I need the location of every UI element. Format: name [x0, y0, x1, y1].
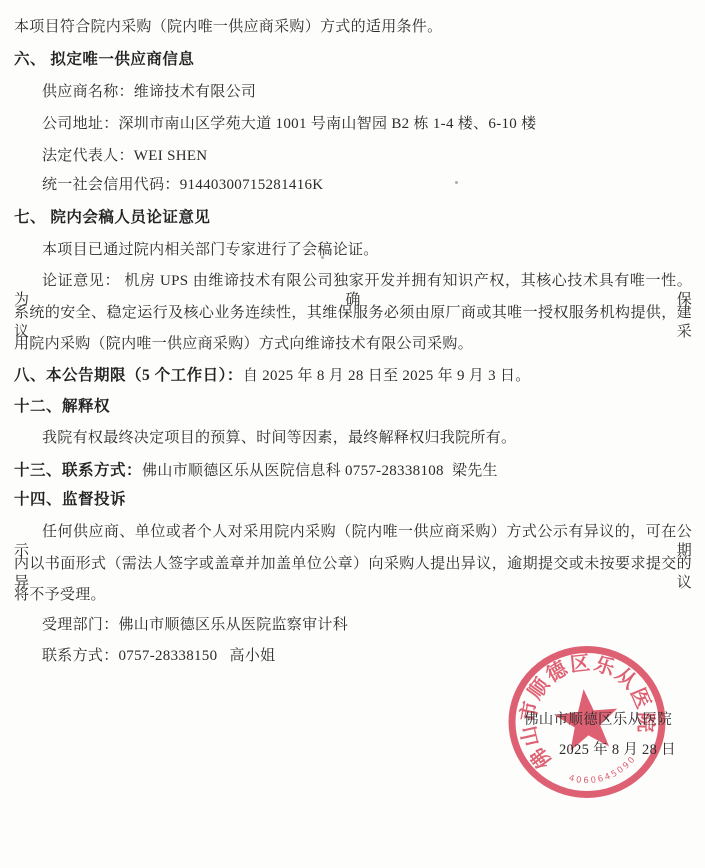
section-8-value: 自 2025 年 8 月 28 日至 2025 年 9 月 3 日。 [243, 368, 531, 384]
section-12-paragraph: 我院有权最终决定项目的预算、时间等因素，最终解释权归我院所有。 [42, 429, 516, 448]
section-7-heading: 七、 院内会稿人员论证意见 [14, 208, 210, 227]
legal-representative-line: 法定代表人：WEI SHEN [42, 147, 207, 166]
section-6-heading: 六、 拟定唯一供应商信息 [14, 50, 194, 69]
ink-speck [455, 181, 458, 184]
hospital-name-signature: 佛山市顺德区乐从医院 [524, 711, 672, 730]
supplier-name-line: 供应商名称：维谛技术有限公司 [42, 83, 256, 102]
accepting-department-line: 受理部门：佛山市顺德区乐从医院监察审计科 [42, 616, 348, 635]
section-7-paragraph-1: 本项目已通过院内相关部门专家进行了会稿论证。 [42, 241, 379, 260]
section-7-paragraph-2-line-3: 用院内采购（院内唯一供应商采购）方式向维谛技术有限公司采购。 [14, 335, 473, 354]
section-12-heading: 十二、解释权 [14, 397, 110, 416]
section-13-line: 十三、联系方式：佛山市顺德区乐从医院信息科 0757-28338108 梁先生 [14, 461, 498, 481]
section-13-value: 佛山市顺德区乐从医院信息科 0757-28338108 梁先生 [142, 463, 498, 479]
section-14-heading: 十四、监督投诉 [14, 490, 126, 509]
section-8-line: 八、本公告期限（5 个工作日）：自 2025 年 8 月 28 日至 2025 … [14, 366, 531, 386]
intro-line: 本项目符合院内采购（院内唯一供应商采购）方式的适用条件。 [14, 18, 442, 37]
section-13-label: 十三、联系方式： [14, 462, 142, 479]
section-8-label: 八、本公告期限（5 个工作日）： [14, 367, 243, 384]
section-14-line-3: 将不予受理。 [14, 586, 106, 605]
ink-speck [321, 256, 324, 259]
complaint-contact-line: 联系方式：0757-28338150 高小姐 [42, 647, 275, 666]
credit-code-line: 统一社会信用代码：91440300715281416K [42, 176, 323, 195]
supplier-address-line: 公司地址：深圳市南山区学苑大道 1001 号南山智园 B2 栋 1-4 楼、6-… [42, 115, 536, 134]
section-14-line-2: 内以书面形式（需法人签字或盖章并加盖单位公章）向采购人提出异议，逾期提交或未按要… [14, 555, 692, 593]
signature-date: 2025 年 8 月 28 日 [559, 741, 676, 760]
document-page: 本项目符合院内采购（院内唯一供应商采购）方式的适用条件。 六、 拟定唯一供应商信… [0, 0, 705, 868]
